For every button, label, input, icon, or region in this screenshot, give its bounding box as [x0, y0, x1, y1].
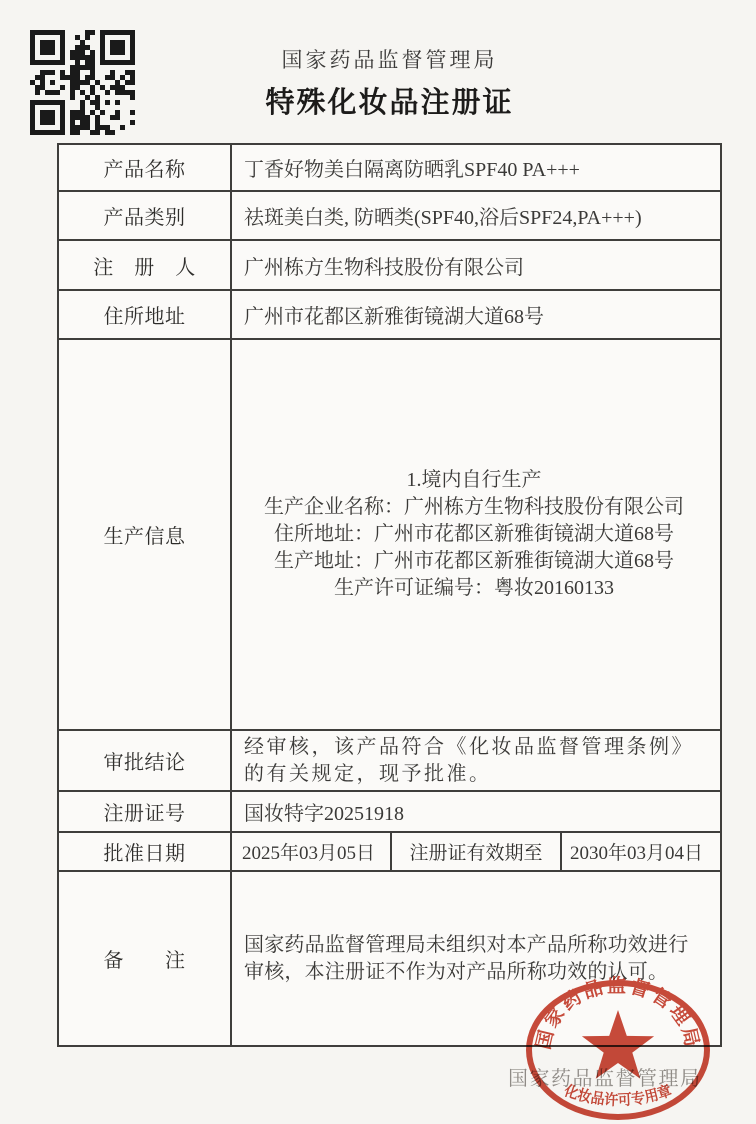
registrant-address-value: 广州市花都区新雅街镜湖大道68号 — [232, 291, 720, 338]
seal-bottom-text: 化妆品许可专用章 — [561, 1081, 674, 1109]
row-label: 注 册 人 — [59, 241, 232, 289]
official-seal: 国家药品监督管理局 化妆品许可专用章 — [518, 966, 718, 1124]
product-category-value: 祛斑美白类, 防晒类(SPF40,浴后SPF24,PA+++) — [232, 192, 720, 239]
row-label: 产品名称 — [59, 145, 232, 190]
issuing-org-title: 国家药品监督管理局 — [57, 44, 722, 74]
title-block: 国家药品监督管理局 特殊化妆品注册证 — [57, 44, 722, 121]
row-label: 住所地址 — [59, 291, 232, 338]
production-info-line: 住所地址：广州市花都区新雅街镜湖大道68号 — [274, 521, 674, 548]
table-row-registrant-address: 住所地址 广州市花都区新雅街镜湖大道68号 — [59, 289, 720, 338]
valid-until-value: 2030年03月04日 — [562, 833, 720, 870]
table-row-production-info: 生产信息 1.境内自行生产 生产企业名称：广州栋方生物科技股份有限公司 住所地址… — [59, 338, 720, 729]
row-label: 注册证号 — [59, 792, 232, 831]
row-label: 备 注 — [59, 872, 232, 1045]
production-info-line: 生产地址：广州市花都区新雅街镜湖大道68号 — [274, 548, 674, 575]
row-label: 批准日期 — [59, 833, 232, 870]
row-label: 审批结论 — [59, 731, 232, 790]
registrant-value: 广州栋方生物科技股份有限公司 — [232, 241, 720, 289]
registration-number-value: 国妆特字20251918 — [232, 792, 720, 831]
table-row-registration-number: 注册证号 国妆特字20251918 — [59, 790, 720, 831]
table-row-product-name: 产品名称 丁香好物美白隔离防晒乳SPF40 PA+++ — [59, 145, 720, 190]
production-info-value: 1.境内自行生产 生产企业名称：广州栋方生物科技股份有限公司 住所地址：广州市花… — [232, 340, 720, 729]
certificate-page: 国家药品监督管理局 特殊化妆品注册证 产品名称 丁香好物美白隔离防晒乳SPF40… — [0, 0, 756, 1124]
approval-conclusion-value: 经审核，该产品符合《化妆品监督管理条例》的有关规定，现予批准。 — [232, 731, 720, 790]
valid-until-label: 注册证有效期至 — [392, 833, 562, 870]
table-row-approval-conclusion: 审批结论 经审核，该产品符合《化妆品监督管理条例》的有关规定，现予批准。 — [59, 729, 720, 790]
table-row-product-category: 产品类别 祛斑美白类, 防晒类(SPF40,浴后SPF24,PA+++) — [59, 190, 720, 239]
table-row-registrant: 注 册 人 广州栋方生物科技股份有限公司 — [59, 239, 720, 289]
product-name-value: 丁香好物美白隔离防晒乳SPF40 PA+++ — [232, 145, 720, 190]
certificate-table: 产品名称 丁香好物美白隔离防晒乳SPF40 PA+++ 产品类别 祛斑美白类, … — [57, 143, 722, 1047]
certificate-title: 特殊化妆品注册证 — [57, 80, 722, 121]
production-info-line: 生产企业名称：广州栋方生物科技股份有限公司 — [264, 494, 684, 521]
production-info-line: 生产许可证编号：粤妆20160133 — [334, 575, 614, 602]
row-label: 产品类别 — [59, 192, 232, 239]
approval-date-value: 2025年03月05日 — [232, 833, 392, 870]
star-icon — [582, 1010, 654, 1079]
row-label: 生产信息 — [59, 340, 232, 729]
table-row-approval-date: 批准日期 2025年03月05日 注册证有效期至 2030年03月04日 — [59, 831, 720, 870]
production-info-line: 1.境内自行生产 — [407, 467, 542, 494]
